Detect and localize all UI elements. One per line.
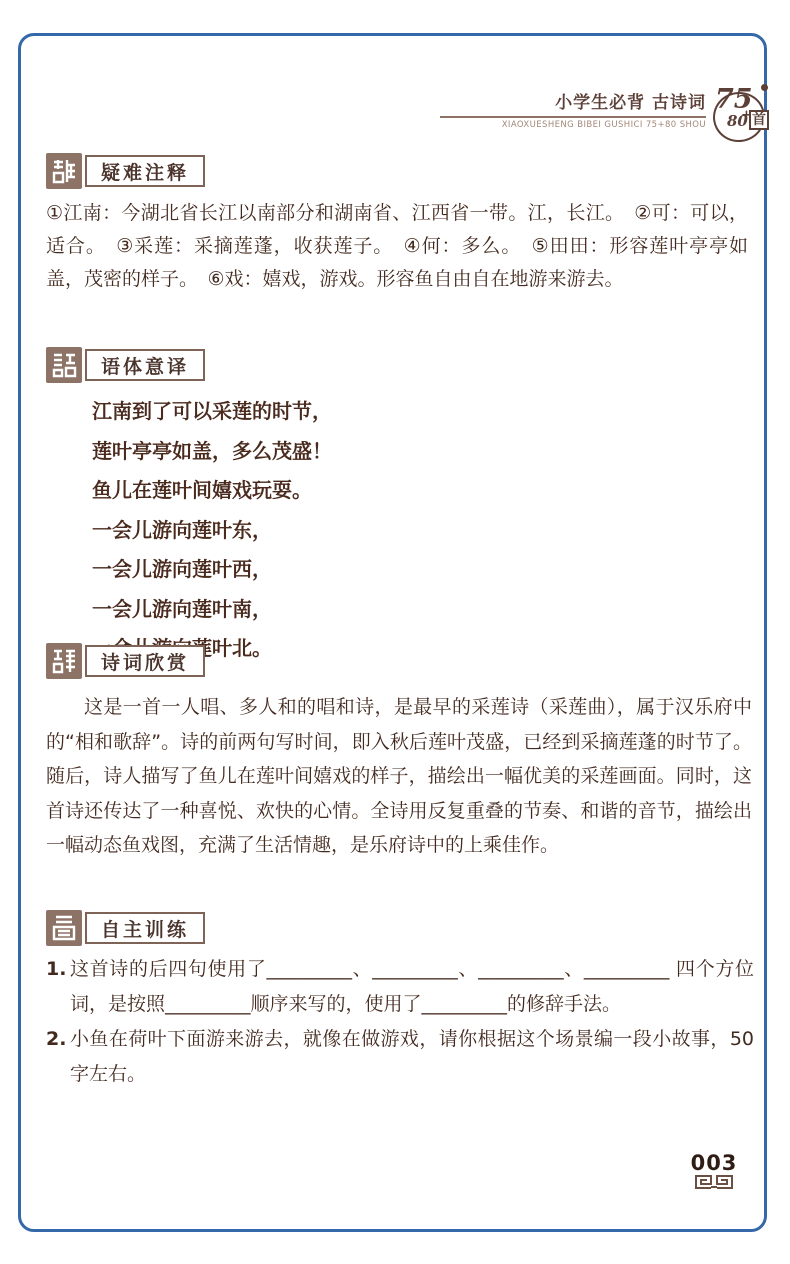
- question-number: 1.: [46, 952, 66, 987]
- logo-dot-icon: [761, 84, 768, 91]
- section-training-header: 自主训练: [46, 910, 205, 946]
- poem-line: 一会儿游向莲叶东，: [92, 511, 652, 551]
- page-number: 003: [682, 1152, 746, 1174]
- seal-glyph-icon: [50, 351, 78, 379]
- series-logo: 75 + 80 首: [710, 84, 770, 150]
- notes-paragraph: ①江南：今湖北省长江以南部分和湖南省、江西省一带。江，长江。 ②可：可以，适合。…: [46, 197, 748, 296]
- seal-stamp-icon: [46, 643, 82, 679]
- question-text: 小鱼在荷叶下面游来游去，就像在做游戏，请你根据这个场景编一段小故事，50 字左右…: [70, 1028, 754, 1085]
- seal-stamp-icon: [46, 153, 82, 189]
- section-heading-box: 语体意译: [85, 349, 205, 381]
- logo-number-80: 80: [727, 112, 748, 130]
- training-question-1: 1. 这首诗的后四句使用了_________、_________、_______…: [46, 952, 754, 1022]
- section-heading-box: 疑难注释: [85, 155, 205, 187]
- meander-ornament-icon: [682, 1174, 746, 1193]
- book-subtitle: XIAOXUESHENG BIBEI GUSHICI 75+80 SHOU: [440, 120, 706, 130]
- training-question-2: 2. 小鱼在荷叶下面游来游去，就像在做游戏，请你根据这个场景编一段小故事，50 …: [46, 1022, 754, 1092]
- seal-glyph-icon: [50, 647, 78, 675]
- header-title-group: 小学生必背 古诗词 XIAOXUESHENG BIBEI GUSHICI 75+…: [440, 88, 706, 130]
- section-heading-label: 自主训练: [101, 915, 189, 942]
- seal-glyph-icon: [50, 157, 78, 185]
- section-heading-label: 语体意译: [101, 352, 189, 379]
- page-footer: 003: [682, 1152, 746, 1193]
- section-notes-header: 疑难注释: [46, 153, 205, 189]
- header-rule: [440, 116, 706, 118]
- section-translation-header: 语体意译: [46, 347, 205, 383]
- page-header: 小学生必背 古诗词 XIAOXUESHENG BIBEI GUSHICI 75+…: [440, 84, 770, 154]
- section-heading-label: 疑难注释: [101, 158, 189, 185]
- book-page: 小学生必背 古诗词 XIAOXUESHENG BIBEI GUSHICI 75+…: [0, 0, 790, 1264]
- appreciation-paragraph: 这是一首一人唱、多人和的唱和诗，是最早的采莲诗（采莲曲），属于汉乐府中的“相和歌…: [46, 690, 752, 863]
- poem-line: 一会儿游向莲叶南，: [92, 590, 652, 630]
- seal-stamp-icon: [46, 910, 82, 946]
- question-number: 2.: [46, 1022, 66, 1057]
- section-heading-box: 诗词欣赏: [85, 645, 205, 677]
- logo-unit-shou: 首: [749, 110, 769, 130]
- book-title: 小学生必背 古诗词: [440, 88, 706, 113]
- training-list: 1. 这首诗的后四句使用了_________、_________、_______…: [46, 952, 754, 1092]
- poem-line: 一会儿游向莲叶西，: [92, 550, 652, 590]
- section-appreciation-header: 诗词欣赏: [46, 643, 205, 679]
- seal-glyph-icon: [50, 914, 78, 942]
- poem-line: 鱼儿在莲叶间嬉戏玩耍。: [92, 471, 652, 511]
- poem-line: 江南到了可以采莲的时节，: [92, 392, 652, 432]
- poem-translation: 江南到了可以采莲的时节， 莲叶亭亭如盖，多么茂盛！ 鱼儿在莲叶间嬉戏玩耍。 一会…: [92, 392, 652, 669]
- seal-stamp-icon: [46, 347, 82, 383]
- section-heading-label: 诗词欣赏: [101, 648, 189, 675]
- question-text: 这首诗的后四句使用了_________、_________、_________、…: [70, 958, 754, 1015]
- poem-line: 莲叶亭亭如盖，多么茂盛！: [92, 432, 652, 472]
- section-heading-box: 自主训练: [85, 912, 205, 944]
